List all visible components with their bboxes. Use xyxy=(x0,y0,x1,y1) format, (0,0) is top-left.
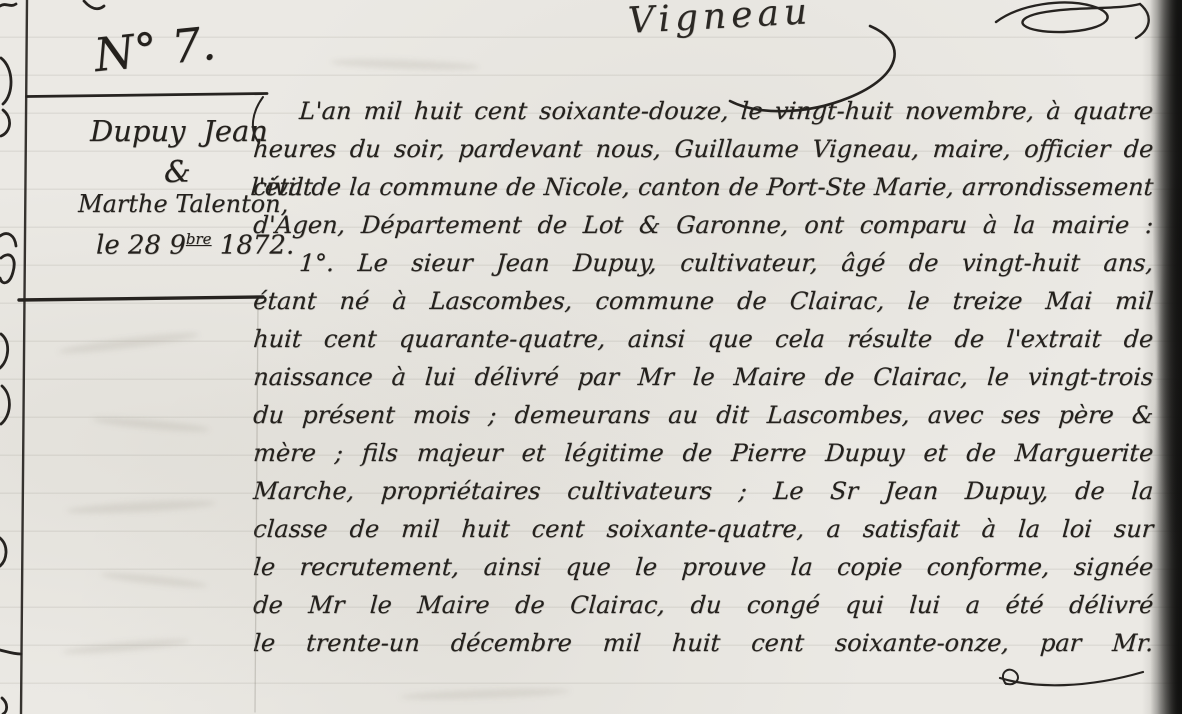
mayor-signature: Vigneau xyxy=(627,0,813,42)
previous-page-ink-fragments xyxy=(0,1,104,714)
bleed-smudge xyxy=(400,687,570,701)
body-line: le recrutement, ainsi que le prouve la c… xyxy=(252,548,1155,586)
ampersand: & xyxy=(164,155,191,190)
margin-date-superscript: bre xyxy=(186,230,212,248)
underline-flourish xyxy=(1000,672,1143,685)
body-line: huit cent quarante-quatre, ainsi que cel… xyxy=(252,320,1155,358)
body-line: classe de mil huit cent soixante-quatre,… xyxy=(252,510,1155,548)
body-line: mère ; fils majeur et légitime de Pierre… xyxy=(252,434,1155,472)
page-gutter-shadow xyxy=(1142,0,1182,714)
margin-vertical-rule xyxy=(21,0,27,714)
body-line: étant né à Lascombes, commune de Clairac… xyxy=(252,282,1155,320)
body-line: le trente-un décembre mil huit cent soix… xyxy=(252,624,1155,662)
margin-box-bottom-rule xyxy=(19,297,263,300)
body-line: L'an mil huit cent soixante-douze, le vi… xyxy=(252,92,1155,130)
body-line: Marche, propriétaires cultivateurs ; Le … xyxy=(252,472,1155,510)
margin-box-top-rule xyxy=(27,94,267,97)
body-line: de Mr le Maire de Clairac, du congé qui … xyxy=(252,586,1155,624)
groom-surname: Dupuy xyxy=(90,114,186,148)
bleed-smudge xyxy=(62,636,190,656)
bleed-smudge xyxy=(100,570,208,589)
body-line: civil de la commune de Nicole, canton de… xyxy=(252,168,1155,206)
bleed-smudge xyxy=(92,415,210,434)
body-line: naissance à lui délivré par Mr le Maire … xyxy=(252,358,1155,396)
underline-flourish-loop xyxy=(1003,670,1018,685)
body-line: 1°. Le sieur Jean Dupuy, cultivateur, âg… xyxy=(252,244,1155,282)
body-line: d'Agen, Département de Lot & Garonne, on… xyxy=(252,206,1155,244)
act-body-text: L'an mil huit cent soixante-douze, le vi… xyxy=(252,92,1152,662)
paraph-flourish xyxy=(996,3,1140,33)
body-line: du présent mois ; demeurans au dit Lasco… xyxy=(252,396,1155,434)
margin-date-prefix: le 28 9 xyxy=(96,231,186,261)
register-scan-page: N° 7. Dupuy Jean & Marthe Talenton, le 2… xyxy=(0,0,1182,714)
bleed-smudge xyxy=(66,498,216,516)
bleed-smudge xyxy=(58,329,200,356)
groom-name-row: Dupuy Jean xyxy=(90,114,268,148)
act-number: N° 7. xyxy=(92,16,219,82)
body-line: heures du soir, pardevant nous, Guillaum… xyxy=(252,130,1155,168)
bleed-smudge xyxy=(330,57,480,71)
